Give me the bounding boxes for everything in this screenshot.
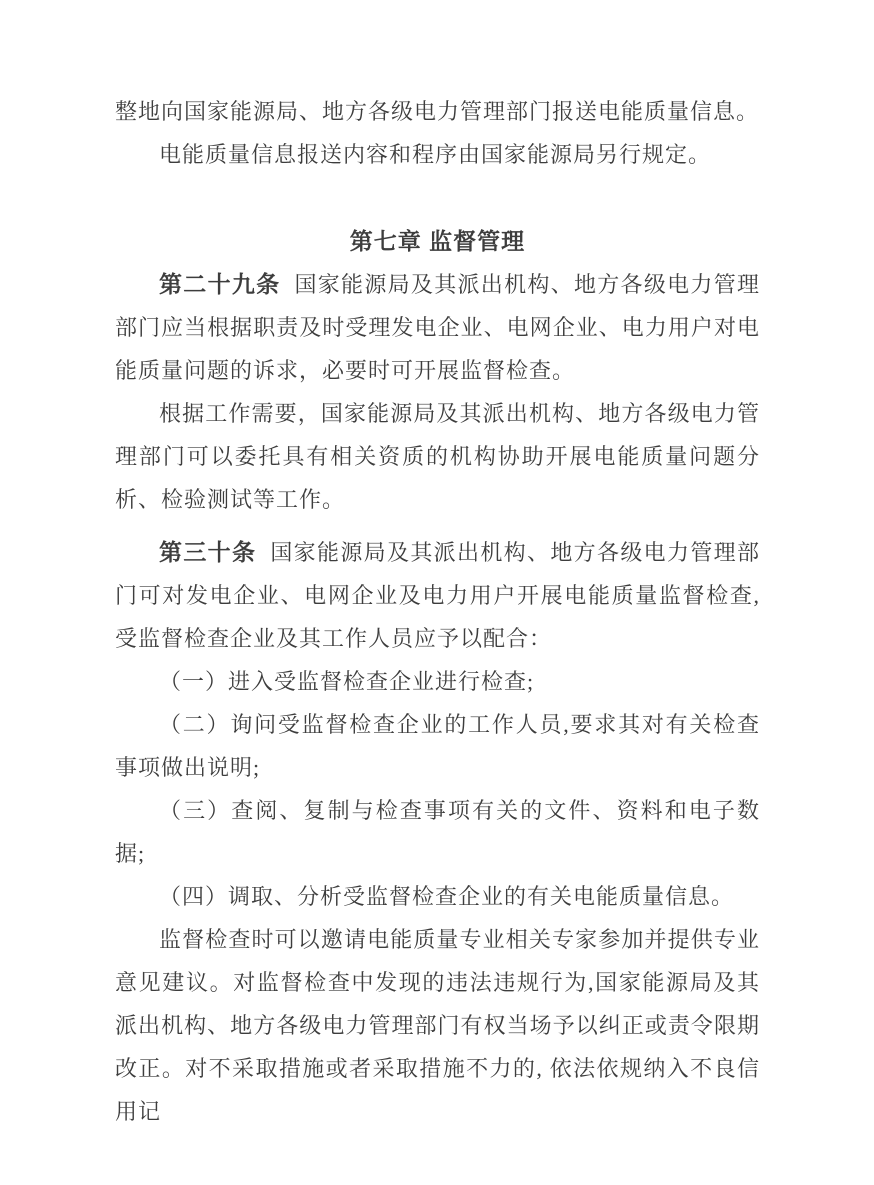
article-30-item-2: （二）询问受监督检查企业的工作人员,要求其对有关检查事项做出说明; (115, 703, 760, 789)
article-30: 第三十条国家能源局及其派出机构、地方各级电力管理部门可对发电企业、电网企业及电力… (115, 531, 760, 660)
paragraph-delegation: 根据工作需要，国家能源局及其派出机构、地方各级电力管理部门可以委托具有相关资质的… (115, 392, 760, 521)
chapter-heading: 第七章 监督管理 (115, 220, 760, 263)
article-29: 第二十九条国家能源局及其派出机构、地方各级电力管理部门应当根据职责及时受理发电企… (115, 263, 760, 392)
article-29-label: 第二十九条 (159, 271, 280, 297)
paragraph-continuation: 整地向国家能源局、地方各级电力管理部门报送电能质量信息。 (115, 90, 760, 133)
article-30-item-4: （四）调取、分析受监督检查企业的有关电能质量信息。 (115, 875, 760, 918)
article-30-item-3: （三）查阅、复制与检查事项有关的文件、资料和电子数据; (115, 789, 760, 875)
document-page: 整地向国家能源局、地方各级电力管理部门报送电能质量信息。 电能质量信息报送内容和… (0, 0, 874, 1185)
paragraph-supervision-measures: 监督检查时可以邀请电能质量专业相关专家参加并提供专业意见建议。对监督检查中发现的… (115, 918, 760, 1133)
article-30-item-1: （一）进入受监督检查企业进行检查; (115, 660, 760, 703)
paragraph-reporting-provision: 电能质量信息报送内容和程序由国家能源局另行规定。 (115, 133, 760, 176)
article-30-label: 第三十条 (159, 539, 256, 565)
